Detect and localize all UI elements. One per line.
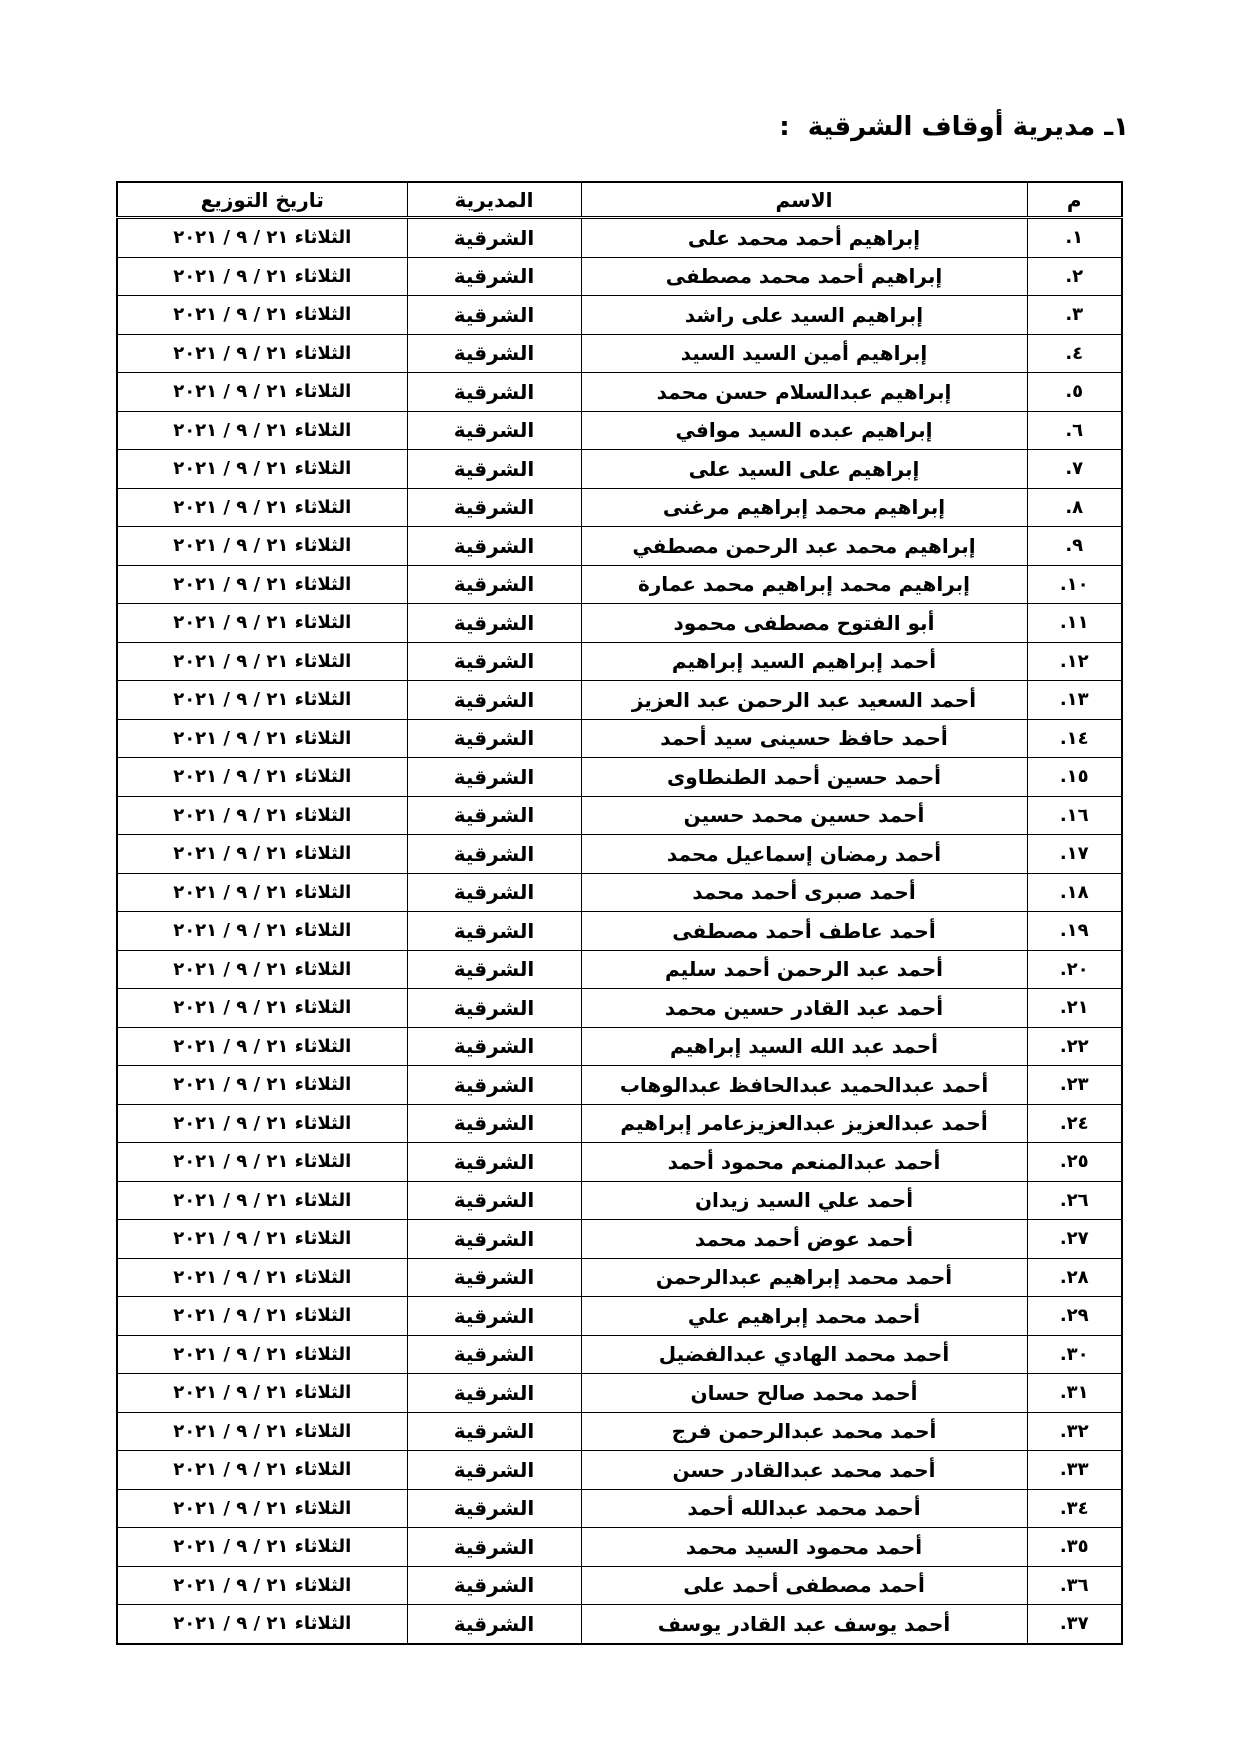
cell-date: الثلاثاء ٢١ / ٩ / ٢٠٢١ xyxy=(117,373,407,412)
cell-number: ١٧. xyxy=(1027,835,1122,874)
cell-date: الثلاثاء ٢١ / ٩ / ٢٠٢١ xyxy=(117,1605,407,1644)
cell-name: إبراهيم محمد إبراهيم محمد عمارة xyxy=(581,565,1027,604)
cell-name: إبراهيم أمين السيد السيد xyxy=(581,334,1027,373)
cell-directorate: الشرقية xyxy=(407,1181,581,1220)
table-row: ١٤. أحمد حافظ حسينى سيد أحمد الشرقية الث… xyxy=(117,719,1122,758)
cell-directorate: الشرقية xyxy=(407,873,581,912)
cell-directorate: الشرقية xyxy=(407,1143,581,1182)
cell-directorate: الشرقية xyxy=(407,411,581,450)
table-row: ٩. إبراهيم محمد عبد الرحمن مصطفي الشرقية… xyxy=(117,527,1122,566)
cell-directorate: الشرقية xyxy=(407,1258,581,1297)
cell-directorate: الشرقية xyxy=(407,758,581,797)
table-row: ١٠. إبراهيم محمد إبراهيم محمد عمارة الشر… xyxy=(117,565,1122,604)
cell-number: ٢٣. xyxy=(1027,1066,1122,1105)
cell-directorate: الشرقية xyxy=(407,681,581,720)
cell-name: إبراهيم محمد إبراهيم مرغنى xyxy=(581,488,1027,527)
table-row: ١٢. أحمد إبراهيم السيد إبراهيم الشرقية ا… xyxy=(117,642,1122,681)
cell-date: الثلاثاء ٢١ / ٩ / ٢٠٢١ xyxy=(117,1451,407,1490)
table-row: ١٥. أحمد حسين أحمد الطنطاوى الشرقية الثل… xyxy=(117,758,1122,797)
cell-date: الثلاثاء ٢١ / ٩ / ٢٠٢١ xyxy=(117,1528,407,1567)
cell-number: ٢٧. xyxy=(1027,1220,1122,1259)
cell-name: إبراهيم أحمد محمد مصطفى xyxy=(581,257,1027,296)
table-row: ١٣. أحمد السعيد عبد الرحمن عبد العزيز ال… xyxy=(117,681,1122,720)
cell-name: أحمد حسين محمد حسين xyxy=(581,796,1027,835)
cell-number: ٣٥. xyxy=(1027,1528,1122,1567)
cell-directorate: الشرقية xyxy=(407,835,581,874)
cell-number: ٢٤. xyxy=(1027,1104,1122,1143)
cell-directorate: الشرقية xyxy=(407,1566,581,1605)
cell-date: الثلاثاء ٢١ / ٩ / ٢٠٢١ xyxy=(117,835,407,874)
cell-date: الثلاثاء ٢١ / ٩ / ٢٠٢١ xyxy=(117,1489,407,1528)
cell-number: ٤. xyxy=(1027,334,1122,373)
cell-number: ٢٩. xyxy=(1027,1297,1122,1336)
cell-number: ١٥. xyxy=(1027,758,1122,797)
cell-date: الثلاثاء ٢١ / ٩ / ٢٠٢١ xyxy=(117,257,407,296)
table-row: ٦. إبراهيم عبده السيد موافي الشرقية الثل… xyxy=(117,411,1122,450)
cell-name: أحمد محمد صالح حسان xyxy=(581,1374,1027,1413)
cell-name: أحمد رمضان إسماعيل محمد xyxy=(581,835,1027,874)
cell-date: الثلاثاء ٢١ / ٩ / ٢٠٢١ xyxy=(117,719,407,758)
cell-directorate: الشرقية xyxy=(407,1104,581,1143)
cell-date: الثلاثاء ٢١ / ٩ / ٢٠٢١ xyxy=(117,758,407,797)
cell-name: أحمد إبراهيم السيد إبراهيم xyxy=(581,642,1027,681)
cell-date: الثلاثاء ٢١ / ٩ / ٢٠٢١ xyxy=(117,1258,407,1297)
cell-name: أحمد مصطفى أحمد على xyxy=(581,1566,1027,1605)
cell-date: الثلاثاء ٢١ / ٩ / ٢٠٢١ xyxy=(117,450,407,489)
cell-number: ٣٤. xyxy=(1027,1489,1122,1528)
cell-name: أحمد السعيد عبد الرحمن عبد العزيز xyxy=(581,681,1027,720)
cell-name: إبراهيم السيد على راشد xyxy=(581,296,1027,335)
cell-date: الثلاثاء ٢١ / ٩ / ٢٠٢١ xyxy=(117,411,407,450)
cell-name: أحمد عوض أحمد محمد xyxy=(581,1220,1027,1259)
cell-date: الثلاثاء ٢١ / ٩ / ٢٠٢١ xyxy=(117,912,407,951)
cell-date: الثلاثاء ٢١ / ٩ / ٢٠٢١ xyxy=(117,1066,407,1105)
cell-name: إبراهيم محمد عبد الرحمن مصطفي xyxy=(581,527,1027,566)
cell-name: أحمد علي السيد زيدان xyxy=(581,1181,1027,1220)
cell-directorate: الشرقية xyxy=(407,488,581,527)
cell-name: أحمد يوسف عبد القادر يوسف xyxy=(581,1605,1027,1644)
cell-directorate: الشرقية xyxy=(407,1489,581,1528)
cell-date: الثلاثاء ٢١ / ٩ / ٢٠٢١ xyxy=(117,681,407,720)
cell-directorate: الشرقية xyxy=(407,257,581,296)
cell-name: أحمد عبد الرحمن أحمد سليم xyxy=(581,950,1027,989)
cell-directorate: الشرقية xyxy=(407,565,581,604)
cell-directorate: الشرقية xyxy=(407,989,581,1028)
cell-directorate: الشرقية xyxy=(407,1335,581,1374)
cell-number: ١٨. xyxy=(1027,873,1122,912)
cell-number: ١٣. xyxy=(1027,681,1122,720)
cell-directorate: الشرقية xyxy=(407,912,581,951)
cell-number: ٣٠. xyxy=(1027,1335,1122,1374)
cell-date: الثلاثاء ٢١ / ٩ / ٢٠٢١ xyxy=(117,218,407,258)
table-row: ١٧. أحمد رمضان إسماعيل محمد الشرقية الثل… xyxy=(117,835,1122,874)
header-date: تاريخ التوزيع xyxy=(117,182,407,218)
distribution-table: م الاسم المديرية تاريخ التوزيع ١. إبراهي… xyxy=(116,181,1123,1645)
cell-directorate: الشرقية xyxy=(407,1220,581,1259)
cell-directorate: الشرقية xyxy=(407,1027,581,1066)
table-row: ١٨. أحمد صبرى أحمد محمد الشرقية الثلاثاء… xyxy=(117,873,1122,912)
cell-date: الثلاثاء ٢١ / ٩ / ٢٠٢١ xyxy=(117,1297,407,1336)
document-page: ١ـ مديرية أوقاف الشرقية : م الاسم المدير… xyxy=(0,0,1241,1755)
cell-number: ٣. xyxy=(1027,296,1122,335)
cell-number: ٣٧. xyxy=(1027,1605,1122,1644)
cell-number: ١١. xyxy=(1027,604,1122,643)
table-row: ٢٨. أحمد محمد إبراهيم عبدالرحمن الشرقية … xyxy=(117,1258,1122,1297)
table-row: ١٦. أحمد حسين محمد حسين الشرقية الثلاثاء… xyxy=(117,796,1122,835)
cell-name: أحمد عاطف أحمد مصطفى xyxy=(581,912,1027,951)
table-row: ٤. إبراهيم أمين السيد السيد الشرقية الثل… xyxy=(117,334,1122,373)
cell-directorate: الشرقية xyxy=(407,719,581,758)
cell-name: أحمد عبدالمنعم محمود أحمد xyxy=(581,1143,1027,1182)
cell-name: إبراهيم أحمد محمد على xyxy=(581,218,1027,258)
cell-directorate: الشرقية xyxy=(407,1451,581,1490)
table-row: ٥. إبراهيم عبدالسلام حسن محمد الشرقية ال… xyxy=(117,373,1122,412)
cell-date: الثلاثاء ٢١ / ٩ / ٢٠٢١ xyxy=(117,1220,407,1259)
table-row: ٢. إبراهيم أحمد محمد مصطفى الشرقية الثلا… xyxy=(117,257,1122,296)
cell-date: الثلاثاء ٢١ / ٩ / ٢٠٢١ xyxy=(117,1374,407,1413)
table-row: ٢٠. أحمد عبد الرحمن أحمد سليم الشرقية ال… xyxy=(117,950,1122,989)
cell-name: أحمد عبد القادر حسين محمد xyxy=(581,989,1027,1028)
cell-number: ٣٣. xyxy=(1027,1451,1122,1490)
table-row: ٣. إبراهيم السيد على راشد الشرقية الثلاث… xyxy=(117,296,1122,335)
cell-number: ٩. xyxy=(1027,527,1122,566)
table-row: ١. إبراهيم أحمد محمد على الشرقية الثلاثا… xyxy=(117,218,1122,258)
cell-number: ٢٠. xyxy=(1027,950,1122,989)
cell-name: أحمد صبرى أحمد محمد xyxy=(581,873,1027,912)
table-row: ٢٣. أحمد عبدالحميد عبدالحافظ عبدالوهاب ا… xyxy=(117,1066,1122,1105)
table-row: ٣٢. أحمد محمد عبدالرحمن فرج الشرقية الثل… xyxy=(117,1412,1122,1451)
page-title: ١ـ مديرية أوقاف الشرقية : xyxy=(779,112,1129,142)
cell-directorate: الشرقية xyxy=(407,604,581,643)
cell-name: أحمد عبد الله السيد إبراهيم xyxy=(581,1027,1027,1066)
cell-directorate: الشرقية xyxy=(407,527,581,566)
table-row: ٣٠. أحمد محمد الهادي عبدالفضيل الشرقية ا… xyxy=(117,1335,1122,1374)
cell-number: ٢١. xyxy=(1027,989,1122,1028)
cell-number: ٥. xyxy=(1027,373,1122,412)
cell-directorate: الشرقية xyxy=(407,1412,581,1451)
cell-date: الثلاثاء ٢١ / ٩ / ٢٠٢١ xyxy=(117,1104,407,1143)
cell-number: ١٢. xyxy=(1027,642,1122,681)
table-row: ٢٢. أحمد عبد الله السيد إبراهيم الشرقية … xyxy=(117,1027,1122,1066)
cell-directorate: الشرقية xyxy=(407,218,581,258)
table-row: ٣٧. أحمد يوسف عبد القادر يوسف الشرقية ال… xyxy=(117,1605,1122,1644)
cell-name: أحمد محمد إبراهيم عبدالرحمن xyxy=(581,1258,1027,1297)
cell-number: ٢٦. xyxy=(1027,1181,1122,1220)
cell-number: ١. xyxy=(1027,218,1122,258)
cell-number: ٢٨. xyxy=(1027,1258,1122,1297)
cell-directorate: الشرقية xyxy=(407,1374,581,1413)
cell-date: الثلاثاء ٢١ / ٩ / ٢٠٢١ xyxy=(117,1412,407,1451)
cell-date: الثلاثاء ٢١ / ٩ / ٢٠٢١ xyxy=(117,1143,407,1182)
table-header-row: م الاسم المديرية تاريخ التوزيع xyxy=(117,182,1122,218)
cell-name: أحمد حسين أحمد الطنطاوى xyxy=(581,758,1027,797)
cell-name: أحمد محمد إبراهيم علي xyxy=(581,1297,1027,1336)
cell-directorate: الشرقية xyxy=(407,1605,581,1644)
table-row: ٢٤. أحمد عبدالعزيز عبدالعزيزعامر إبراهيم… xyxy=(117,1104,1122,1143)
cell-name: إبراهيم عبده السيد موافي xyxy=(581,411,1027,450)
table-row: ١١. أبو الفتوح مصطفى محمود الشرقية الثلا… xyxy=(117,604,1122,643)
table-row: ٢٥. أحمد عبدالمنعم محمود أحمد الشرقية ال… xyxy=(117,1143,1122,1182)
cell-date: الثلاثاء ٢١ / ٩ / ٢٠٢١ xyxy=(117,1566,407,1605)
cell-directorate: الشرقية xyxy=(407,1528,581,1567)
cell-name: أحمد محمود السيد محمد xyxy=(581,1528,1027,1567)
cell-number: ٢٥. xyxy=(1027,1143,1122,1182)
cell-name: أحمد حافظ حسينى سيد أحمد xyxy=(581,719,1027,758)
table-row: ٢٩. أحمد محمد إبراهيم علي الشرقية الثلاث… xyxy=(117,1297,1122,1336)
cell-date: الثلاثاء ٢١ / ٩ / ٢٠٢١ xyxy=(117,873,407,912)
table-row: ١٩. أحمد عاطف أحمد مصطفى الشرقية الثلاثا… xyxy=(117,912,1122,951)
cell-number: ٣٦. xyxy=(1027,1566,1122,1605)
cell-number: ١٦. xyxy=(1027,796,1122,835)
cell-directorate: الشرقية xyxy=(407,296,581,335)
cell-name: إبراهيم على السيد على xyxy=(581,450,1027,489)
cell-date: الثلاثاء ٢١ / ٩ / ٢٠٢١ xyxy=(117,296,407,335)
cell-number: ٣٢. xyxy=(1027,1412,1122,1451)
cell-name: أحمد عبدالعزيز عبدالعزيزعامر إبراهيم xyxy=(581,1104,1027,1143)
cell-number: ١٩. xyxy=(1027,912,1122,951)
cell-name: أحمد محمد عبدالقادر حسن xyxy=(581,1451,1027,1490)
header-number: م xyxy=(1027,182,1122,218)
cell-name: إبراهيم عبدالسلام حسن محمد xyxy=(581,373,1027,412)
cell-name: أحمد محمد عبدالرحمن فرج xyxy=(581,1412,1027,1451)
cell-date: الثلاثاء ٢١ / ٩ / ٢٠٢١ xyxy=(117,642,407,681)
cell-date: الثلاثاء ٢١ / ٩ / ٢٠٢١ xyxy=(117,604,407,643)
cell-date: الثلاثاء ٢١ / ٩ / ٢٠٢١ xyxy=(117,1181,407,1220)
cell-directorate: الشرقية xyxy=(407,1297,581,1336)
cell-date: الثلاثاء ٢١ / ٩ / ٢٠٢١ xyxy=(117,796,407,835)
cell-name: أحمد عبدالحميد عبدالحافظ عبدالوهاب xyxy=(581,1066,1027,1105)
cell-number: ٢. xyxy=(1027,257,1122,296)
cell-date: الثلاثاء ٢١ / ٩ / ٢٠٢١ xyxy=(117,1335,407,1374)
cell-date: الثلاثاء ٢١ / ٩ / ٢٠٢١ xyxy=(117,950,407,989)
cell-date: الثلاثاء ٢١ / ٩ / ٢٠٢١ xyxy=(117,989,407,1028)
cell-directorate: الشرقية xyxy=(407,334,581,373)
table-row: ٢١. أحمد عبد القادر حسين محمد الشرقية ال… xyxy=(117,989,1122,1028)
header-name: الاسم xyxy=(581,182,1027,218)
cell-date: الثلاثاء ٢١ / ٩ / ٢٠٢١ xyxy=(117,565,407,604)
table-row: ٧. إبراهيم على السيد على الشرقية الثلاثا… xyxy=(117,450,1122,489)
cell-number: ٧. xyxy=(1027,450,1122,489)
cell-date: الثلاثاء ٢١ / ٩ / ٢٠٢١ xyxy=(117,488,407,527)
cell-directorate: الشرقية xyxy=(407,642,581,681)
cell-name: أحمد محمد عبدالله أحمد xyxy=(581,1489,1027,1528)
cell-number: ١٤. xyxy=(1027,719,1122,758)
table-row: ٢٦. أحمد علي السيد زيدان الشرقية الثلاثا… xyxy=(117,1181,1122,1220)
table-row: ٣٦. أحمد مصطفى أحمد على الشرقية الثلاثاء… xyxy=(117,1566,1122,1605)
cell-date: الثلاثاء ٢١ / ٩ / ٢٠٢١ xyxy=(117,1027,407,1066)
table-body: ١. إبراهيم أحمد محمد على الشرقية الثلاثا… xyxy=(117,218,1122,1644)
cell-number: ٦. xyxy=(1027,411,1122,450)
cell-directorate: الشرقية xyxy=(407,373,581,412)
table-row: ٣١. أحمد محمد صالح حسان الشرقية الثلاثاء… xyxy=(117,1374,1122,1413)
table-row: ٣٤. أحمد محمد عبدالله أحمد الشرقية الثلا… xyxy=(117,1489,1122,1528)
header-directorate: المديرية xyxy=(407,182,581,218)
cell-directorate: الشرقية xyxy=(407,1066,581,1105)
table-row: ٣٣. أحمد محمد عبدالقادر حسن الشرقية الثل… xyxy=(117,1451,1122,1490)
cell-number: ١٠. xyxy=(1027,565,1122,604)
cell-date: الثلاثاء ٢١ / ٩ / ٢٠٢١ xyxy=(117,527,407,566)
cell-directorate: الشرقية xyxy=(407,796,581,835)
table-row: ٨. إبراهيم محمد إبراهيم مرغنى الشرقية ال… xyxy=(117,488,1122,527)
cell-number: ٨. xyxy=(1027,488,1122,527)
cell-directorate: الشرقية xyxy=(407,950,581,989)
cell-number: ٢٢. xyxy=(1027,1027,1122,1066)
table-row: ٣٥. أحمد محمود السيد محمد الشرقية الثلاث… xyxy=(117,1528,1122,1567)
cell-directorate: الشرقية xyxy=(407,450,581,489)
cell-date: الثلاثاء ٢١ / ٩ / ٢٠٢١ xyxy=(117,334,407,373)
table-row: ٢٧. أحمد عوض أحمد محمد الشرقية الثلاثاء … xyxy=(117,1220,1122,1259)
cell-name: أبو الفتوح مصطفى محمود xyxy=(581,604,1027,643)
cell-number: ٣١. xyxy=(1027,1374,1122,1413)
cell-name: أحمد محمد الهادي عبدالفضيل xyxy=(581,1335,1027,1374)
